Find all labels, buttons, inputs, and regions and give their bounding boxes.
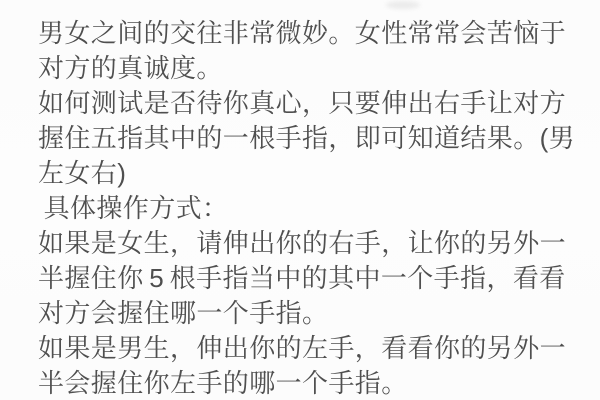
text-line: 如果是男生，伸出你的左手，看看你的另外一 (38, 331, 583, 366)
text-line: 对方的真诚度。 (38, 51, 583, 86)
text-line: 对方会握住哪一个手指。 (38, 296, 583, 331)
text-line: 如果是女生，请伸出你的右手，让你的另外一 (38, 226, 583, 261)
article-text: 男女之间的交往非常微妙。女性常常会苦恼于 对方的真诚度。 如何测试是否待你真心，… (38, 16, 583, 400)
text-line: 具体操作方式： (38, 191, 583, 226)
text-line: 半会握住你左手的哪一个手指。 (38, 366, 583, 400)
text-line: 握住五指其中的一根手指，即可知道结果。(男 (38, 121, 583, 156)
text-line: 如何测试是否待你真心，只要伸出右手让对方 (38, 86, 583, 121)
scan-smudge-artifact (386, 1, 420, 9)
text-line: 左女右) (38, 156, 583, 191)
document-page: 男女之间的交往非常微妙。女性常常会苦恼于 对方的真诚度。 如何测试是否待你真心，… (0, 0, 600, 400)
text-line: 男女之间的交往非常微妙。女性常常会苦恼于 (38, 16, 583, 51)
text-line: 半握住你 5 根手指当中的其中一个手指，看看 (38, 261, 583, 296)
